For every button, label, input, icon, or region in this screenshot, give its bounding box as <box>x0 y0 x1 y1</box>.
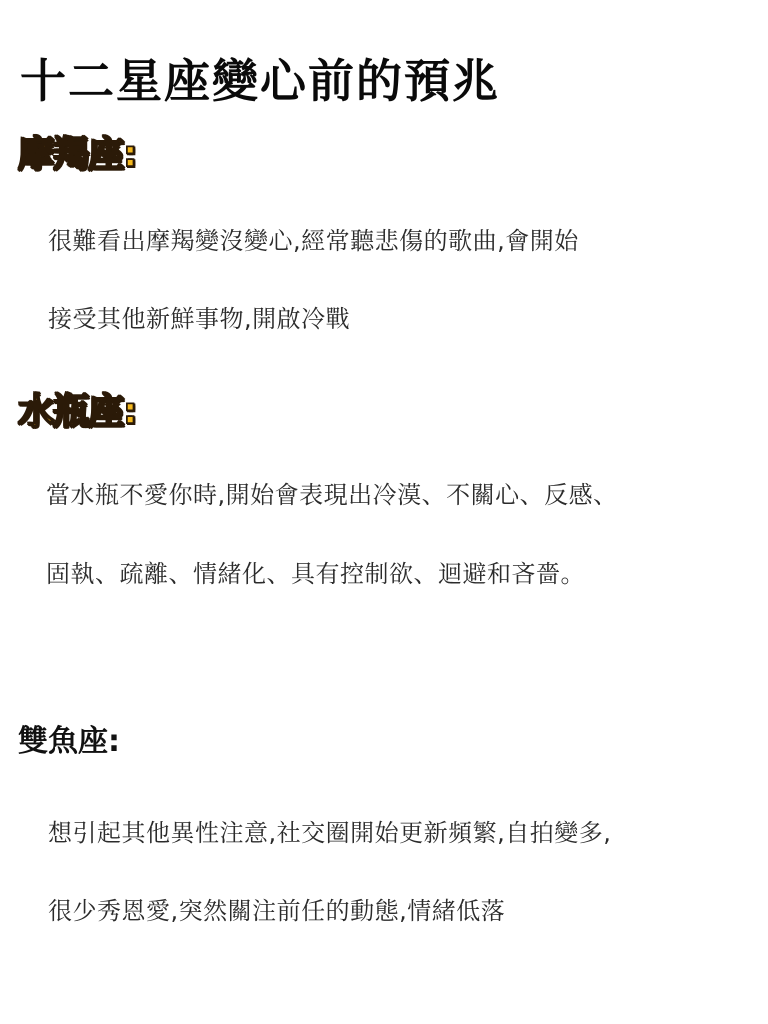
section-body-line: 固執、疏離、情緒化、具有控制欲、迴避和吝嗇。 <box>46 557 585 591</box>
section-heading-pisces: 雙魚座: <box>18 720 120 764</box>
page-title: 十二星座變心前的預兆 <box>20 49 500 113</box>
section-body-line: 想引起其他異性注意,社交圈開始更新頻繁,自拍變多, <box>48 816 611 850</box>
section-body-line: 很少秀恩愛,突然關注前任的動態,情緒低落 <box>48 894 505 928</box>
section-body-line: 接受其他新鮮事物,開啟冷戰 <box>48 302 350 336</box>
section-heading-aquarius: 水瓶座: <box>18 387 136 437</box>
section-heading-capricorn: 摩羯座: <box>18 130 136 180</box>
section-body-line: 當水瓶不愛你時,開始會表現出冷漠、不關心、反感、 <box>46 478 618 512</box>
section-body-line: 很難看出摩羯變沒變心,經常聽悲傷的歌曲,會開始 <box>48 224 579 258</box>
